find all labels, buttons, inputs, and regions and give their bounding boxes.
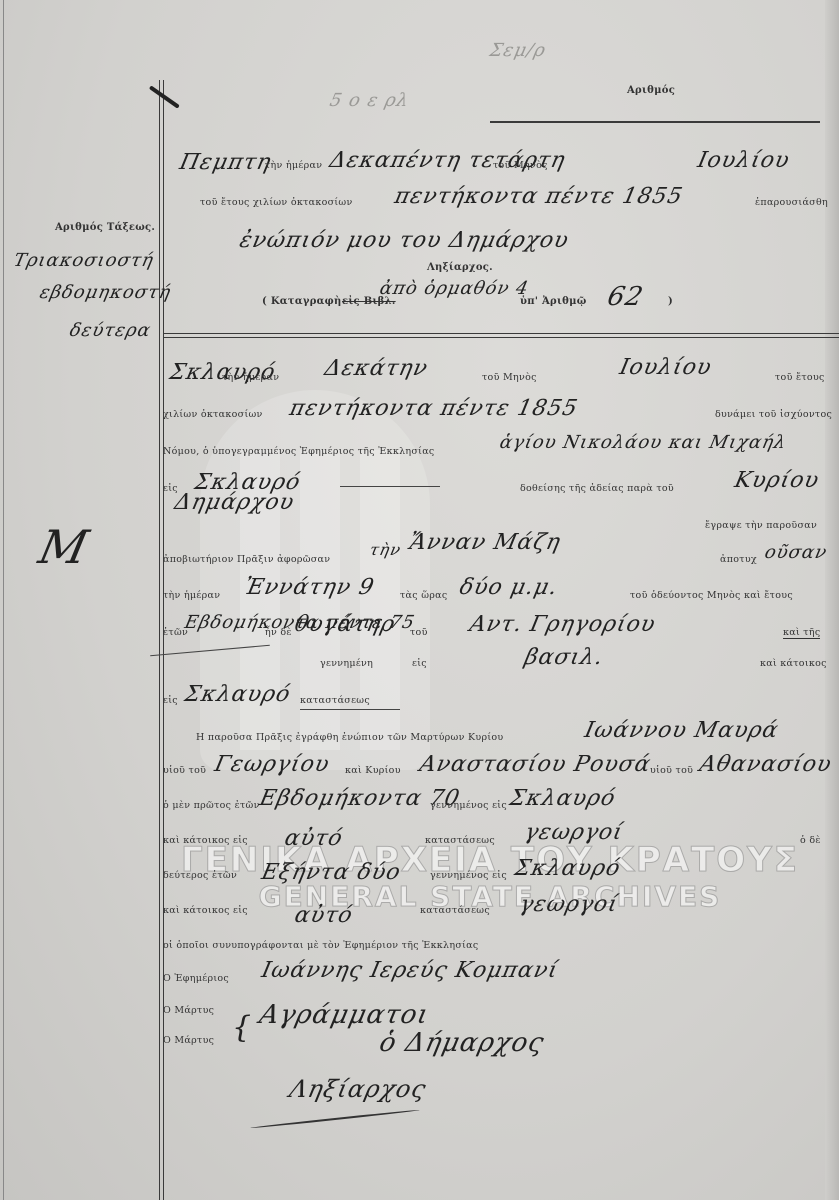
second-res-label: καὶ κάτοικος εἰς: [163, 905, 248, 916]
hw-witness-signature: Αγράμματοι: [257, 1000, 432, 1030]
margin-slash-mark: [149, 85, 180, 108]
hw-entry-number: 62: [605, 282, 646, 312]
hw-act-granter: Κυρίου: [732, 468, 821, 493]
hw-first-born: Σκλαυρό: [507, 786, 618, 811]
hw-act-day: Δεκάτην: [322, 356, 430, 381]
hw-second-res: αὐτό: [292, 903, 355, 928]
hw-act-relation: θυγάτηρ: [292, 612, 397, 637]
act-hour-label: τὰς ὥρας: [400, 590, 447, 601]
hw-act-granter2: Δημάρχου: [172, 490, 296, 515]
registrar-label: Ληξίαρχος.: [427, 262, 493, 273]
witness-2-sig-label: Ο Μάρτυς: [163, 1035, 214, 1046]
act-priest-label: Νόμου, ὁ ὑπογεγραμμένος Ἐφημέριος τῆς Ἐκ…: [163, 446, 435, 457]
hw-registrar: ἐνώπιόν μου του Δημάρχου: [237, 228, 571, 253]
hw-second-status: γεωργοί: [517, 892, 620, 917]
witness-brace: {: [232, 1010, 252, 1045]
reg-presented-label: ἐπαρουσιάσθη: [755, 197, 828, 208]
act-wrote-label: ἔγραψε τὴν παροῦσαν: [705, 520, 817, 531]
hw-second-born: Σκλαυρό: [512, 856, 623, 881]
act-act-label: ἀποβιωτήριον Πρᾶξιν ἀφορῶσαν: [163, 554, 330, 565]
entry-close: ): [668, 296, 673, 307]
act-month-label: τοῦ Μηνὸς: [482, 372, 537, 383]
order-number-label: Αριθμός Τάξεως.: [55, 222, 155, 233]
document-page: Σεμ/ρ 5 ο ε ρλ Αριθμός Αριθμός Τάξεως. Τ…: [0, 0, 839, 1200]
section-divider: [163, 333, 839, 334]
act-thousand-label: χιλίων ὀκτακοσίων: [163, 409, 263, 420]
act-born-in-label: εἰς: [412, 658, 427, 669]
hw-act-article: τὴν: [368, 540, 403, 559]
act-year-suffix-label: τοῦ ἔτους: [775, 372, 825, 383]
hw-act-church: ἁγίου Νικολάου και Μιχαήλ: [498, 432, 789, 453]
order-number-line-1: Τριακοσιοστή: [12, 250, 156, 271]
son-of-2-label: υἱοῦ τοῦ: [650, 765, 693, 776]
act-day-label: τὴν ἡμέραν: [222, 372, 279, 383]
page-edge: [825, 0, 839, 1200]
hw-act-died: οῦσαν: [763, 542, 830, 563]
act-of-label: τοῦ: [410, 627, 428, 638]
margin-rule-outer: [159, 80, 160, 1200]
hw-act-deceased: Ἄνναν Μάζη: [407, 530, 563, 555]
hw-priest-signature: Ιωάννης Ιερεύς Κομπανί: [259, 958, 560, 983]
hw-mayor-title: Ληξίαρχος: [287, 1075, 429, 1103]
hw-reg-year: πεντήκοντα πέντε 1855: [392, 184, 685, 209]
act-date-label: τὴν ἡμέραν: [163, 590, 220, 601]
first-age-label: ὁ μὲν πρῶτος ἐτῶν: [163, 800, 260, 811]
entry-open: ( Καταγραφὴ: [262, 296, 342, 307]
reg-day-label: τὴν ἡμέραν: [265, 160, 322, 171]
hw-act-residence: Σκλαυρό: [182, 682, 293, 707]
hw-act-month: Ιουλίου: [617, 355, 714, 380]
act-in2-label: εἰς: [163, 695, 178, 706]
act-status-label: καταστάσεως: [300, 695, 370, 706]
order-number-line-2: εβδομηκοστή: [38, 282, 173, 303]
hw-act-date: Ἐννάτην 9: [242, 575, 376, 600]
reg-year-label: τοῦ ἔτους χιλίων ὀκτακοσίων: [200, 197, 353, 208]
entry-number-label: ὑπ' Ἀριθμῷ: [520, 296, 587, 307]
mayor-flourish: [250, 1109, 419, 1129]
bleed-through-text: Σεμ/ρ: [488, 40, 548, 61]
act-born-label: γεννημένη: [320, 658, 373, 669]
act-in-label: εἰς: [163, 483, 178, 494]
cosign-label: οἱ ὁποῖοι συνυπογράφονται μὲ τὸν Ἐφημέρι…: [163, 940, 479, 951]
second-status-label: καταστάσεως: [420, 905, 490, 916]
hw-act-hour: δύο μ.μ.: [457, 575, 560, 600]
act-was-label: ἦν δὲ: [265, 627, 292, 638]
hw-witness-2: Αναστασίου Ρουσά: [417, 752, 653, 777]
son-of-label: υἱοῦ τοῦ: [163, 765, 206, 776]
archive-watermark-english: GENERAL STATE ARCHIVES: [170, 880, 810, 913]
act-resident-label: καὶ κάτοικος: [760, 658, 827, 669]
hw-witness-2-father: Αθανασίου: [697, 752, 834, 777]
act-law-label: δυνάμει τοῦ ἰσχύοντος: [715, 409, 832, 420]
bleed-through-text-2: 5 ο ε ρλ: [328, 90, 412, 111]
hw-act-year: πεντήκοντα πέντε 1855: [287, 396, 580, 421]
act-permission-label: δοθείσης τῆς ἀδείας παρὰ τοῦ: [520, 483, 674, 494]
hw-witness-1-father: Γεωργίου: [212, 752, 332, 777]
act-status-underline: [300, 709, 400, 710]
left-edge-rule: [3, 0, 4, 1200]
reg-month-label: τοῦ Μηνὸς: [493, 160, 548, 171]
hw-mayor-signature: ὁ Δήμαρχος: [377, 1028, 547, 1058]
act-current-label: τοῦ ὁδεύοντος Μηνὸς καὶ ἔτους: [630, 590, 793, 601]
witness-intro-label: Η παροῦσα Πρᾶξις ἐγράφθη ἐνώπιον τῶν Μαρ…: [196, 732, 503, 743]
and-mr-label: καὶ Κυρίου: [345, 765, 401, 776]
hw-reg-prefix: Πεμπτη: [177, 150, 273, 175]
act-died-label: ἀποτυχ: [720, 554, 757, 565]
section-divider-2: [163, 337, 839, 338]
number-rule: [490, 121, 820, 123]
record-number-label: Αριθμός: [627, 85, 675, 96]
hw-act-birthplace: βασιλ.: [522, 645, 605, 670]
first-born-label: γεννημένος εἰς: [430, 800, 507, 811]
hw-witness-1: Ιωάννου Μαυρά: [582, 718, 781, 743]
priest-sig-label: Ο Ἐφημέριος: [163, 973, 229, 984]
order-number-line-3: δεύτερα: [68, 320, 153, 341]
hw-entry: ἀπὸ ὁρμαθόν 4: [378, 278, 531, 299]
margin-rule-inner: [163, 80, 164, 1200]
hw-act-father: Αντ. Γρηγορίου: [467, 612, 658, 637]
margin-initial: M: [34, 520, 94, 574]
act-and-label: καὶ τῆς: [783, 627, 820, 639]
hw-reg-month: Ιουλίου: [695, 148, 792, 173]
act-village-underline: [340, 486, 440, 487]
witness-1-sig-label: Ο Μάρτυς: [163, 1005, 214, 1016]
